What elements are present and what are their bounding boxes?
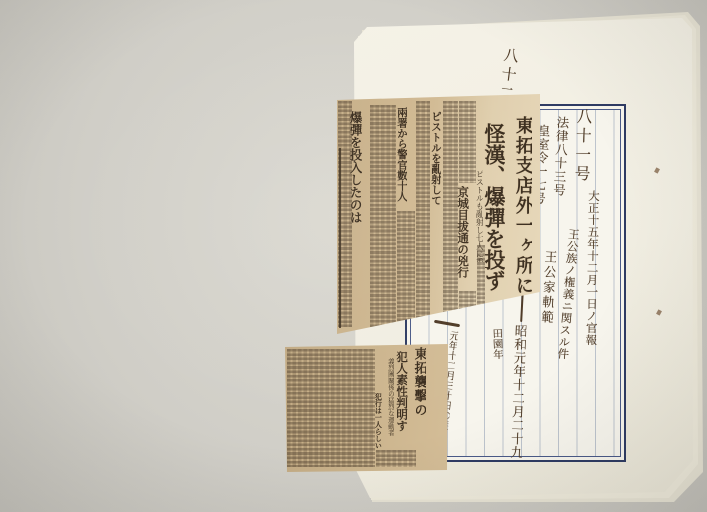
pencil-speck xyxy=(654,167,660,173)
clipping-headline-1: 東拓支店外一ヶ所に xyxy=(513,116,532,308)
clipping-section-head-2: 兩署から警官數十人 xyxy=(396,107,407,209)
clipping-headline-2: 怪漢、爆彈を投ず xyxy=(483,123,505,323)
pencil-speck xyxy=(656,309,662,315)
newspaper-clipping-suspect: 東拓襲擊の 犯人素性判明す 義烈團關係の猛烈な運動者 犯行は一人らしい xyxy=(285,344,448,472)
newsprint-body-text xyxy=(370,105,396,327)
newsprint-body-text xyxy=(416,101,430,323)
clipping2-headline-2: 犯人素性判明す xyxy=(396,351,408,441)
newspaper-column-rule xyxy=(339,148,341,328)
photograph-of-archival-documents: 八十二号 八十一号 大正十五年十二月一日ノ官報 法律八十三号 王公族ノ権義ニ関ス… xyxy=(0,0,707,512)
ledger-small-note: 田園年 xyxy=(491,328,504,380)
clipping-section-head-1: ピストルを亂射して xyxy=(430,111,441,209)
clipping2-subhead-small: 義烈團關係の猛烈な運動者 xyxy=(387,358,394,436)
newsprint-body-text xyxy=(397,211,415,323)
clipping-subhead-small: ピストルも亂射し七人に重輕傷 xyxy=(475,170,483,262)
clipping2-headline-1: 東拓襲擊の xyxy=(412,347,426,421)
newsprint-body-text xyxy=(443,101,458,321)
clipping2-subhead-secondary: 犯行は一人らしい xyxy=(375,393,382,453)
clipping-section-head-3: 爆彈を投入したのは xyxy=(349,111,362,243)
newsprint-body-text xyxy=(459,101,476,183)
newsprint-body-text xyxy=(287,349,375,467)
clipping-subhead-secondary: 京城目拔通の兇行 xyxy=(457,186,469,290)
